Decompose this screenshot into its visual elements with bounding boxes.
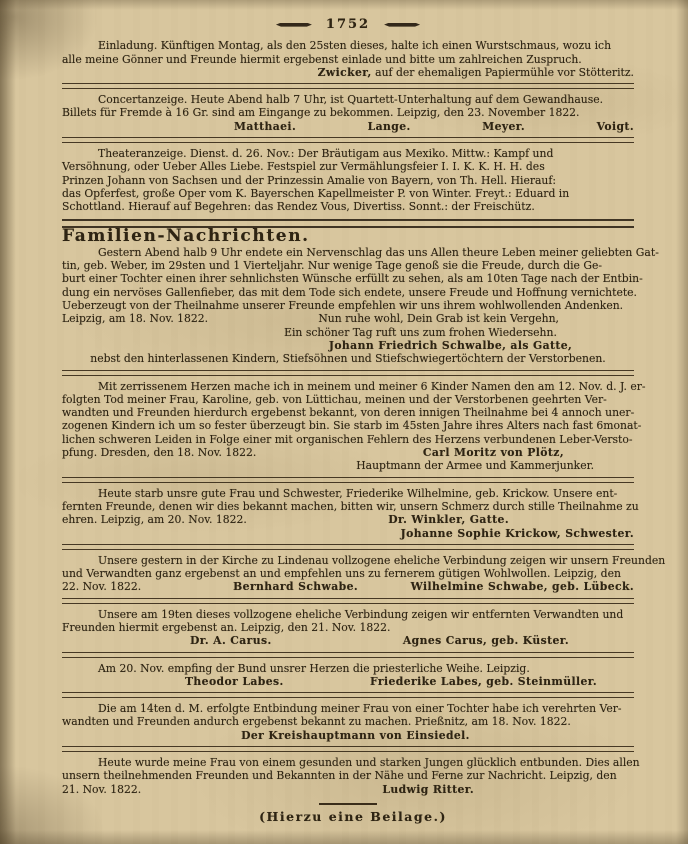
notice-line: dung ein nervöses Gallenfieber, das mit … bbox=[62, 286, 634, 299]
dateline-signature-row: pfung. Dresden, den 18. Nov. 1822. Carl … bbox=[62, 446, 634, 459]
notice-line: alle meine Gönner und Freunde hiermit er… bbox=[62, 53, 634, 66]
notice-line: Billets für Fremde à 16 Gr. sind am Eing… bbox=[62, 106, 634, 119]
signatory-name: Matthaei. bbox=[234, 120, 296, 133]
supplement-note: (Hierzu eine Beilage.) bbox=[62, 810, 634, 823]
marriage-schwabe: Unsere gestern in der Kirche zu Lindenau… bbox=[62, 554, 634, 594]
dateline: 22. Nov. 1822. bbox=[62, 580, 141, 593]
page-number: 1752 bbox=[326, 18, 370, 31]
notice-line: das Opferfest, große Oper vom K. Bayersc… bbox=[62, 187, 634, 200]
section-divider bbox=[62, 652, 634, 658]
notice-line: Heute wurde meine Frau von einem gesunde… bbox=[62, 756, 634, 769]
dateline: 21. Nov. 1822. bbox=[62, 783, 141, 796]
verse-line: Nun ruhe wohl, Dein Grab ist kein Vergeh… bbox=[318, 312, 559, 325]
notice-line: Schottland. Hierauf auf Begehren: das Re… bbox=[62, 200, 634, 213]
concert-notice: Concertanzeige. Heute Abend halb 7 Uhr, … bbox=[62, 93, 634, 133]
notice-line: Freunden hiermit ergebenst an. Leipzig, … bbox=[62, 621, 634, 634]
ornament-dash-left bbox=[276, 23, 312, 27]
invitation-notice: Einladung. Künftigen Montag, als den 25s… bbox=[62, 39, 634, 79]
theater-notice: Theateranzeige. Dienst. d. 26. Nov.: Der… bbox=[62, 147, 634, 213]
section-divider bbox=[62, 692, 634, 698]
signature-row: Matthaei. Lange. Meyer. Voigt. bbox=[62, 120, 634, 133]
ornament-dash-right bbox=[384, 23, 420, 27]
notice-line: wandten und Freunden hierdurch ergebenst… bbox=[62, 406, 634, 419]
signatory-address: auf der ehemaligen Papiermühle vor Stött… bbox=[372, 66, 634, 79]
signatory-name: Johanne Sophie Krickow, Schwester. bbox=[62, 527, 634, 540]
signatory-name: Zwicker, bbox=[318, 66, 372, 79]
signature-line: Zwicker, auf der ehemaligen Papiermühle … bbox=[62, 66, 634, 79]
notice-line: Die am 14ten d. M. erfolgte Entbindung m… bbox=[62, 702, 634, 715]
dateline-signature-row: 22. Nov. 1822. Bernhard Schwabe. Wilhelm… bbox=[62, 580, 634, 593]
notice-line: und Verwandten ganz ergebenst an und emp… bbox=[62, 567, 634, 580]
notice-line: Unsere am 19ten dieses vollzogene ehelic… bbox=[62, 608, 634, 621]
signatory-name: Ludwig Ritter. bbox=[382, 783, 474, 796]
page-content: 1752 Einladung. Künftigen Montag, als de… bbox=[62, 14, 634, 824]
obituary-winkler: Heute starb unsre gute Frau und Schweste… bbox=[62, 487, 634, 540]
groom-name: Dr. A. Carus. bbox=[190, 634, 272, 647]
notice-line: fernten Freunde, denen wir dies bekannt … bbox=[62, 500, 634, 513]
dateline: ehren. Leipzig, am 20. Nov. 1822. bbox=[62, 513, 247, 526]
notice-line: folgten Tod meiner Frau, Karoline, geb. … bbox=[62, 393, 634, 406]
section-divider-heavy bbox=[62, 219, 634, 228]
signatory-name: Dr. Winkler, Gatte. bbox=[388, 513, 509, 526]
notice-line: Versöhnung, oder Ueber Alles Liebe. Fest… bbox=[62, 160, 634, 173]
notice-line: Ueberzeugt von der Theilnahme unserer Fr… bbox=[62, 299, 634, 312]
notice-line: Mit zerrissenem Herzen mache ich in mein… bbox=[62, 380, 634, 393]
dateline-signature-row: ehren. Leipzig, am 20. Nov. 1822. Dr. Wi… bbox=[62, 513, 634, 526]
bride-name: Friederike Labes, geb. Steinmüller. bbox=[370, 675, 597, 688]
notice-line: Theateranzeige. Dienst. d. 26. Nov.: Der… bbox=[62, 147, 634, 160]
notice-line: Einladung. Künftigen Montag, als den 25s… bbox=[62, 39, 634, 52]
birth-einsiedel: Die am 14ten d. M. erfolgte Entbindung m… bbox=[62, 702, 634, 742]
notice-line: Am 20. Nov. empfing der Bund unsrer Herz… bbox=[62, 662, 634, 675]
birth-ritter: Heute wurde meine Frau von einem gesunde… bbox=[62, 756, 634, 796]
footer-divider bbox=[319, 803, 377, 805]
dateline: Leipzig, am 18. Nov. 1822. bbox=[62, 312, 208, 325]
family-news-heading: Familien-Nachrichten. bbox=[62, 230, 634, 243]
notice-line: Unsere gestern in der Kirche zu Lindenau… bbox=[62, 554, 634, 567]
section-divider bbox=[62, 370, 634, 376]
signatory-title: Hauptmann der Armee und Kammerjunker. bbox=[62, 459, 634, 472]
notice-line: wandten und Freunden andurch ergebenst b… bbox=[62, 715, 634, 728]
notice-line: burt einer Tochter einen ihrer sehnlichs… bbox=[62, 272, 634, 285]
bride-name: Agnes Carus, geb. Küster. bbox=[403, 634, 569, 647]
notice-line: Prinzen Johann von Sachsen und der Prinz… bbox=[62, 174, 634, 187]
verse-line: Ein schöner Tag ruft uns zum frohen Wied… bbox=[62, 326, 634, 339]
notice-line: Concertanzeige. Heute Abend halb 7 Uhr, … bbox=[62, 93, 634, 106]
newspaper-page: 1752 Einladung. Künftigen Montag, als de… bbox=[0, 0, 688, 844]
notice-line: tin, geb. Weber, im 29sten und 1 Viertel… bbox=[62, 259, 634, 272]
dateline-signature-row: 21. Nov. 1822. Ludwig Ritter. bbox=[62, 783, 634, 796]
section-divider bbox=[62, 137, 634, 143]
signatory-name: Lange. bbox=[368, 120, 411, 133]
marriage-labes: Am 20. Nov. empfing der Bund unsrer Herz… bbox=[62, 662, 634, 689]
notice-line: lichen schweren Leiden in Folge einer mi… bbox=[62, 433, 634, 446]
groom-name: Bernhard Schwabe. bbox=[233, 580, 358, 593]
signatory-name: Voigt. bbox=[597, 120, 634, 133]
signatory-name: Johann Friedrich Schwalbe, als Gatte, bbox=[62, 339, 634, 352]
signatory-name: Meyer. bbox=[482, 120, 525, 133]
notice-line: Heute starb unsre gute Frau und Schweste… bbox=[62, 487, 634, 500]
page-header: 1752 bbox=[62, 18, 634, 31]
marriage-carus: Unsere am 19ten dieses vollzogene ehelic… bbox=[62, 608, 634, 648]
dateline: pfung. Dresden, den 18. Nov. 1822. bbox=[62, 446, 256, 459]
section-divider bbox=[62, 544, 634, 550]
signatory-name: Der Kreishauptmann von Einsiedel. bbox=[62, 729, 634, 742]
bride-name: Wilhelmine Schwabe, geb. Lübeck. bbox=[411, 580, 634, 593]
section-divider bbox=[62, 598, 634, 604]
signature-row: Dr. A. Carus. Agnes Carus, geb. Küster. bbox=[62, 634, 634, 647]
family-line: nebst den hinterlassenen Kindern, Stiefs… bbox=[62, 352, 634, 365]
groom-name: Theodor Labes. bbox=[185, 675, 284, 688]
section-divider bbox=[62, 477, 634, 483]
notice-line: zogenen Kindern ich um so fester überzeu… bbox=[62, 419, 634, 432]
signature-row: Theodor Labes. Friederike Labes, geb. St… bbox=[62, 675, 634, 688]
obituary-schwalbe: Gestern Abend halb 9 Uhr endete ein Nerv… bbox=[62, 246, 634, 366]
notice-line: unsern theilnehmenden Freunden und Bekan… bbox=[62, 769, 634, 782]
section-divider bbox=[62, 83, 634, 89]
section-divider bbox=[62, 746, 634, 752]
dateline-verse-row: Leipzig, am 18. Nov. 1822. Nun ruhe wohl… bbox=[62, 312, 634, 325]
obituary-ploetz: Mit zerrissenem Herzen mache ich in mein… bbox=[62, 380, 634, 473]
notice-line: Gestern Abend halb 9 Uhr endete ein Nerv… bbox=[62, 246, 634, 259]
signatory-name: Carl Moritz von Plötz, bbox=[423, 446, 564, 459]
